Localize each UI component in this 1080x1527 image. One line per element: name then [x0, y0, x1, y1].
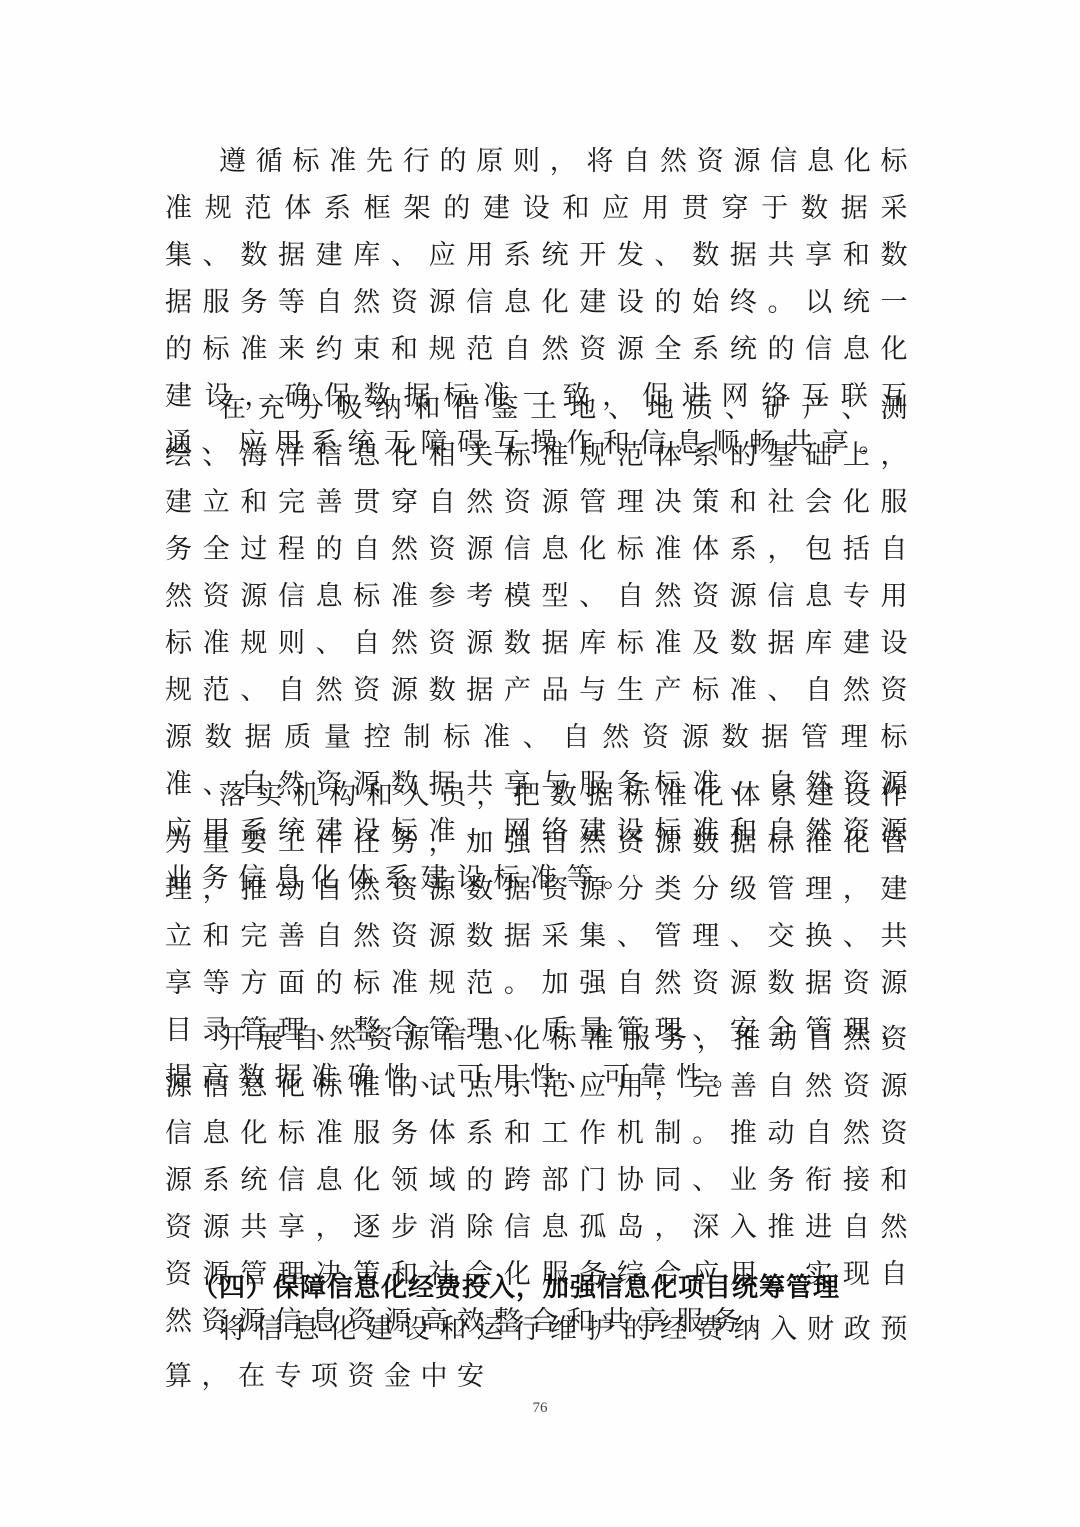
document-page: 遵循标准先行的原则，将自然资源信息化标准规范体系框架的建设和应用贯穿于数据采集、… — [0, 0, 1080, 1527]
page-number: 76 — [0, 1400, 1080, 1417]
section-heading: （四）保障信息化经费投入，加强信息化项目统筹管理 — [192, 1268, 840, 1308]
paragraph-funding: 将信息化建设和运行维护的经费纳入财政预算，在专项资金中安 — [165, 1306, 917, 1400]
paragraph-text: 将信息化建设和运行维护的经费纳入财政预算，在专项资金中安 — [165, 1306, 917, 1400]
